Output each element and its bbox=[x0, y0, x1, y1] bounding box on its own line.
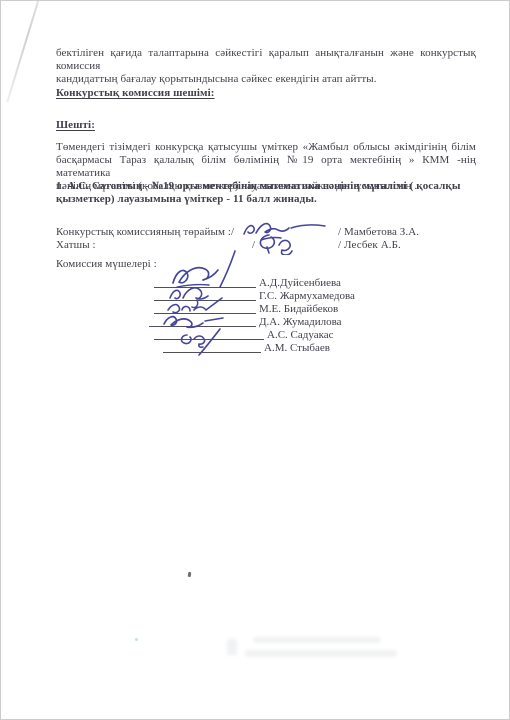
scanned-document-page: бектіліген қағида талаптарына сәйкестігі… bbox=[0, 0, 510, 720]
chair-label: Конкурстық комиссияның төрайым :/ bbox=[56, 226, 234, 239]
ink-dot-artifact bbox=[188, 572, 192, 577]
candidate-result: 1. А.С. Сатовтың - №19 орта мектебінің м… bbox=[56, 180, 466, 206]
body-line-2: басқармасы Тараз қалалық білім бөлімінің… bbox=[56, 154, 476, 180]
signature-members-overlay bbox=[149, 247, 275, 359]
scan-crease-artifact bbox=[6, 0, 41, 102]
blue-speck-artifact bbox=[135, 638, 138, 641]
intro-line-1: бектіліген қағида талаптарына сәйкестігі… bbox=[56, 47, 476, 73]
resolved-heading: Шешті: bbox=[56, 119, 95, 132]
body-line-1: Төмендегі тізімдегі конкурсқа қатысушы ү… bbox=[56, 141, 476, 154]
bleed-through-smudge bbox=[253, 637, 413, 661]
members-label: Комиссия мүшелері : bbox=[56, 258, 157, 271]
member-name: А.С. Садуакас bbox=[267, 329, 334, 341]
intro-paragraph: бектіліген қағида талаптарына сәйкестігі… bbox=[56, 47, 476, 86]
intro-line-2: кандидаттың бағалау қорытындысына сәйкес… bbox=[56, 73, 476, 86]
secretary-name: / Лесбек А.Б. bbox=[338, 239, 401, 252]
chair-name: / Мамбетова З.А. bbox=[338, 226, 419, 239]
candidate-line-1: 1. А.С. Сатовтың - №19 орта мектебінің м… bbox=[56, 180, 466, 193]
decision-heading: Конкурстық комиссия шешімі: bbox=[56, 87, 215, 100]
secretary-label: Хатшы : bbox=[56, 239, 96, 252]
candidate-line-2: қызметкер) лауазымына үміткер - 11 балл … bbox=[56, 193, 466, 206]
